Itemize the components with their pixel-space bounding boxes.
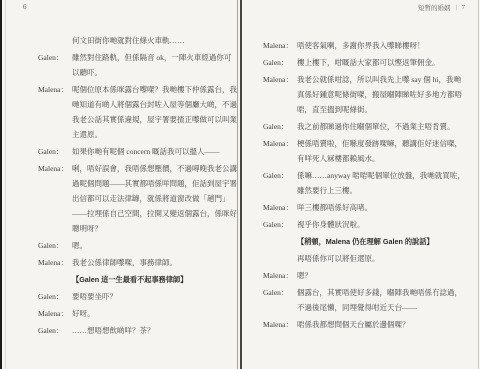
dialogue-line: 出信都可以走法律罅，就係將道窗改做「趟門」	[72, 191, 231, 206]
speaker-name	[263, 234, 297, 249]
book-spread: 6 何文田街你哋就對住條火車軌……Galen：雖然對住路軌，但係隔音 ok，一陣…	[0, 0, 480, 369]
page-left: 6 何文田街你哋就對住條火車軌……Galen：雖然對住路軌，但係隔音 ok，一陣…	[3, 0, 237, 369]
dialogue-line: 唔使客氣喇，多謝你畀我入嚟睇樓呀！	[297, 38, 474, 53]
dialogue-line: 我老公就係咁諗，所以叫我先上嚟 say 個 hi，我哋	[297, 72, 474, 87]
dialogue-text: 唎，唔好誤會，我唔係想壓價，不過噚晚我老公講過呢個問題——其實都唔係咩問題，佢話…	[72, 161, 231, 236]
dialogue-line: 唎，唔好誤會，我唔係想壓價，不過噚晚我老公講	[72, 161, 231, 176]
dialogue-text: 個露台，其實唔使好多錢，嗰陣我哋唔係冇諗過，不過後尾懶，同埋覺得咁近天台——	[297, 285, 474, 315]
dialogue-text: 再唔係你可以將佢還原。	[297, 251, 474, 266]
dialogue-text: 我老公就係咁諗，所以叫我先上嚟 say 個 hi，我哋真係好鍾意呢條街㗎，搬屋嗰…	[297, 72, 474, 117]
dialogue-block: Malena：唔使客氣喇，多謝你畀我入嚟睇樓呀！	[263, 38, 474, 53]
dialogue-line: 真係好鍾意呢條街㗎，搬屋嗰陣睇咗好多地方都唔	[297, 87, 474, 102]
page-number-right: 7	[462, 4, 465, 11]
dialogue-block: Malena：我老公係律師嚟㗎，事務律師。	[38, 255, 231, 270]
dialogue-block: Galen：樓上樓下，咁嘅話大家都可以慳返筆佣金。	[263, 55, 474, 70]
speaker-name: Malena：	[263, 72, 297, 117]
speaker-name: Malena：	[263, 200, 297, 215]
dialogue-line: 【稍頓，Malena 仍在理解 Galen 的說話】	[297, 234, 474, 249]
dialogue-line: 嗯？	[297, 268, 474, 283]
dialogue-line: 個露台，其實唔使好多錢，嗰陣我哋唔係冇諗過，	[297, 285, 474, 300]
dialogue-text: 啱係我都想問個天台屬於邊個㗎？	[297, 317, 474, 332]
dialogue-text: 何文田街你哋就對住條火車軌……	[72, 33, 231, 48]
dialogue-block: Galen：雖然對住路軌，但係隔音 ok，一陣火車經過你可以聽吓。	[38, 50, 231, 80]
dialogue-line: 聰明呀？	[72, 221, 231, 236]
dialogue-line: 梗係唔賣啦，佢喺度發跡㗎嘛，聽講佢好迷信㗎，	[297, 136, 474, 151]
stage-direction: 【稍頓，Malena 仍在理解 Galen 的說話】	[263, 234, 474, 249]
dialogue-text: 梗係唔賣啦，佢喺度發跡㗎嘛，聽講佢好迷信㗎，有咩死人冧樓都賴風水。	[297, 136, 474, 166]
dialogue-text: 唔使客氣喇，多謝你畀我入嚟睇樓呀！	[297, 38, 474, 53]
speaker-name: Malena：	[38, 306, 72, 321]
speaker-name: Galen：	[38, 50, 72, 80]
dialogue-line: 如果你哋有呢個 concern 嘅話我可以搵人——	[72, 144, 231, 159]
page-number-left: 6	[23, 3, 27, 11]
dialogue-text: 好呀。	[72, 306, 231, 321]
speaker-name: Galen：	[38, 238, 72, 253]
page-right: 短暫的婚姻 | 7 Malena：唔使客氣喇，多謝你畀我入嚟睇樓呀！Galen：…	[242, 0, 479, 369]
speaker-name	[263, 251, 297, 266]
book-left-edge-shadow	[0, 0, 2, 369]
dialogue-line: 哋知道有啲人將個露台封咗入屋等個廳大啲，不過	[72, 97, 231, 112]
dialogue-line: 視乎你身體狀況啦。	[297, 217, 474, 232]
speaker-name: Galen：	[263, 119, 297, 134]
dialogue-text: 嗯。	[72, 238, 231, 253]
speaker-name: Malena：	[38, 82, 72, 142]
dialogue-line: 【Galen 這一生最看不起事務律師】	[72, 272, 231, 287]
dialogue-line: 不過後尾懶，同埋覺得咁近天台——	[297, 300, 474, 315]
dialogue-line: 雖然對住路軌，但係隔音 ok，一陣火車經過你可	[72, 50, 231, 65]
dialogue-block: Galen：係嘛……anyway 啱啱呢個單位放盤，我哋就買咗，雖然要行上三樓。	[263, 168, 474, 198]
speaker-name: Galen：	[38, 323, 72, 338]
dialogue-block: Malena：咩三樓都唔係好高啫。	[263, 200, 474, 215]
dialogue-line: 我老公話其實係違規，屋宇署要揸正嚟做可以叫業	[72, 112, 231, 127]
dialogue-line: 有咩死人冧樓都賴風水。	[297, 151, 474, 166]
dialogue-block: Malena：呢個位原本係咪露台嚟㗎？我哋樓下仲係露台，我哋知道有啲人將個露台封…	[38, 82, 231, 142]
speaker-name	[38, 33, 72, 48]
dialogue-line: 要唔要坐吓？	[72, 289, 231, 304]
speaker-name: Galen：	[263, 168, 297, 198]
speaker-name: Galen：	[263, 217, 297, 232]
dialogue-line: ——拉埋係自己空間，拉開又變返個露台，係咪好	[72, 206, 231, 221]
speaker-name: Galen：	[38, 144, 72, 159]
dialogue-block: Malena：好呀。	[38, 306, 231, 321]
dialogue-text: 【稍頓，Malena 仍在理解 Galen 的說話】	[297, 234, 474, 249]
dialogue-block: Galen：個露台，其實唔使好多錢，嗰陣我哋唔係冇諗過，不過後尾懶，同埋覺得咁近…	[263, 285, 474, 315]
dialogue-block: Galen：我之前都睇過你住嗰個單位，不過業主唔肯賣。	[263, 119, 474, 134]
dialogue-block: Malena：唎，唔好誤會，我唔係想壓價，不過噚晚我老公講過呢個問題——其實都唔…	[38, 161, 231, 236]
dialogue-left: 何文田街你哋就對住條火車軌……Galen：雖然對住路軌，但係隔音 ok，一陣火車…	[38, 33, 231, 340]
running-header: 短暫的婚姻 | 7	[418, 3, 465, 12]
speaker-name: Malena：	[263, 38, 297, 53]
speaker-name: Galen：	[263, 285, 297, 315]
speaker-name: Galen：	[38, 289, 72, 304]
dialogue-block: Galen：嗯。	[38, 238, 231, 253]
dialogue-text: 係嘛……anyway 啱啱呢個單位放盤，我哋就買咗，雖然要行上三樓。	[297, 168, 474, 198]
dialogue-block: Galen：如果你哋有呢個 concern 嘅話我可以搵人——	[38, 144, 231, 159]
dialogue-text: 咩三樓都唔係好高啫。	[297, 200, 474, 215]
stage-direction: 【Galen 這一生最看不起事務律師】	[38, 272, 231, 287]
book-gutter-shadow-light	[237, 0, 238, 369]
dialogue-text: 我老公係律師嚟㗎，事務律師。	[72, 255, 231, 270]
dialogue-line: 呢個位原本係咪露台嚟㗎？我哋樓下仲係露台，我	[72, 82, 231, 97]
dialogue-text: 視乎你身體狀況啦。	[297, 217, 474, 232]
dialogue-block: Malena：嗯？	[263, 268, 474, 283]
speaker-name: Galen：	[263, 55, 297, 70]
dialogue-text: 我之前都睇過你住嗰個單位，不過業主唔肯賣。	[297, 119, 474, 134]
speaker-name: Malena：	[38, 255, 72, 270]
dialogue-line: 何文田街你哋就對住條火車軌……	[72, 33, 231, 48]
dialogue-line: 主還原。	[72, 127, 231, 142]
dialogue-text: 雖然對住路軌，但係隔音 ok，一陣火車經過你可以聽吓。	[72, 50, 231, 80]
dialogue-text: 如果你哋有呢個 concern 嘅話我可以搵人——	[72, 144, 231, 159]
dialogue-line: 啱，直至搵到呢條街。	[297, 102, 474, 117]
dialogue-line: 以聽吓。	[72, 65, 231, 80]
dialogue-line: 係嘛……anyway 啱啱呢個單位放盤，我哋就買咗，	[297, 168, 474, 183]
dialogue-text: 要唔要坐吓？	[72, 289, 231, 304]
dialogue-text: 嗯？	[297, 268, 474, 283]
speaker-name	[38, 272, 72, 287]
dialogue-line: 樓上樓下，咁嘅話大家都可以慳返筆佣金。	[297, 55, 474, 70]
book-right-edge-shadow	[478, 0, 479, 369]
speaker-name: Malena：	[263, 317, 297, 332]
dialogue-line: 嗯。	[72, 238, 231, 253]
dialogue-block: Malena：梗係唔賣啦，佢喺度發跡㗎嘛，聽講佢好迷信㗎，有咩死人冧樓都賴風水。	[263, 136, 474, 166]
speaker-name: Malena：	[263, 136, 297, 166]
dialogue-block: Malena：啱係我都想問個天台屬於邊個㗎？	[263, 317, 474, 332]
dialogue-line: ……想唔想飲啲咩？茶？	[72, 323, 231, 338]
dialogue-line: 咩三樓都唔係好高啫。	[297, 200, 474, 215]
dialogue-line: 再唔係你可以將佢還原。	[297, 251, 474, 266]
book-title: 短暫的婚姻	[418, 3, 451, 12]
dialogue-line: 過呢個問題——其實都唔係咩問題，佢話到屋宇署	[72, 176, 231, 191]
dialogue-block: Galen：……想唔想飲啲咩？茶？	[38, 323, 231, 338]
dialogue-text: 呢個位原本係咪露台嚟㗎？我哋樓下仲係露台，我哋知道有啲人將個露台封咗入屋等個廳大…	[72, 82, 231, 142]
dialogue-block: 再唔係你可以將佢還原。	[263, 251, 474, 266]
speaker-name: Malena：	[263, 268, 297, 283]
dialogue-line: 我老公係律師嚟㗎，事務律師。	[72, 255, 231, 270]
dialogue-text: 樓上樓下，咁嘅話大家都可以慳返筆佣金。	[297, 55, 474, 70]
dialogue-block: Malena：我老公就係咁諗，所以叫我先上嚟 say 個 hi，我哋真係好鍾意呢…	[263, 72, 474, 117]
dialogue-line: 雖然要行上三樓。	[297, 183, 474, 198]
dialogue-block: Galen：視乎你身體狀況啦。	[263, 217, 474, 232]
dialogue-line: 我之前都睇過你住嗰個單位，不過業主唔肯賣。	[297, 119, 474, 134]
dialogue-block: Galen：要唔要坐吓？	[38, 289, 231, 304]
dialogue-line: 啱係我都想問個天台屬於邊個㗎？	[297, 317, 474, 332]
dialogue-line: 好呀。	[72, 306, 231, 321]
header-divider: |	[455, 4, 456, 11]
speaker-name: Malena：	[38, 161, 72, 236]
dialogue-block: 何文田街你哋就對住條火車軌……	[38, 33, 231, 48]
dialogue-text: 【Galen 這一生最看不起事務律師】	[72, 272, 231, 287]
dialogue-text: ……想唔想飲啲咩？茶？	[72, 323, 231, 338]
dialogue-right: Malena：唔使客氣喇，多謝你畀我入嚟睇樓呀！Galen：樓上樓下，咁嘅話大家…	[263, 38, 474, 334]
